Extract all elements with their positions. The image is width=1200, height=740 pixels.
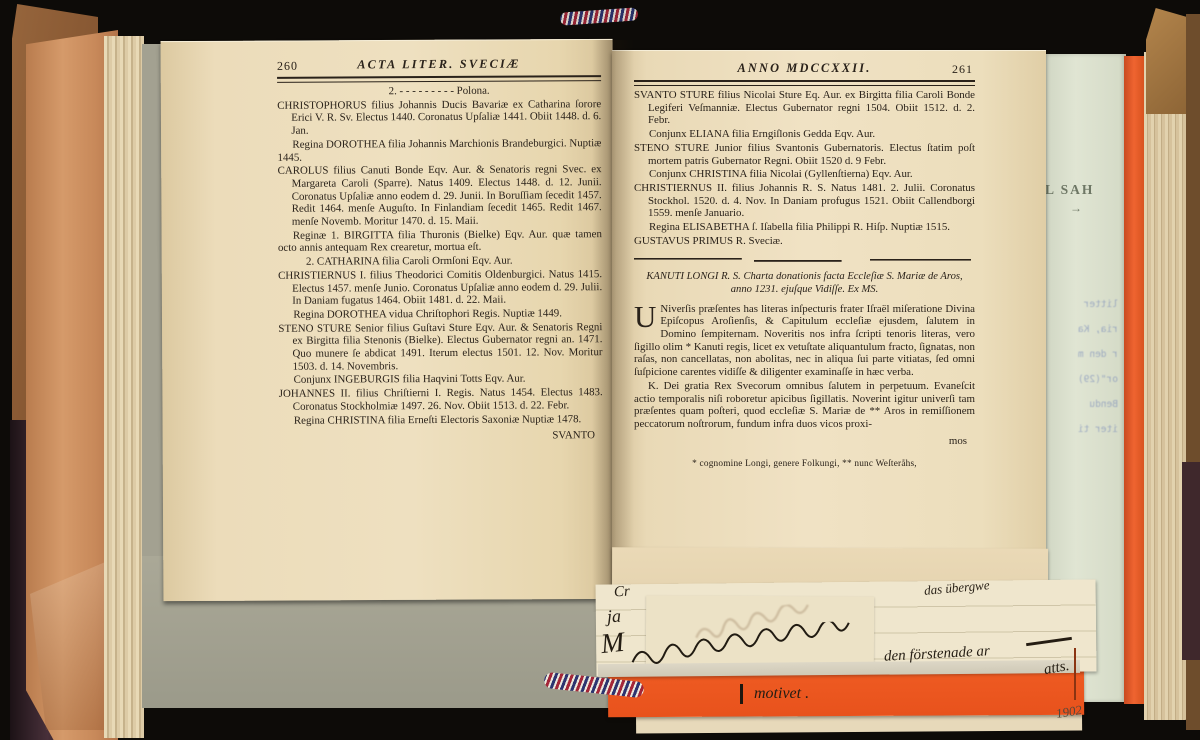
page-number: 260 — [277, 60, 298, 73]
header-rule — [277, 75, 601, 83]
page-number: 261 — [952, 63, 973, 76]
entry: CHRISTOPHORUS filius Johannis Ducis Bava… — [277, 98, 601, 138]
running-title: ACTA LITER. SVECIÆ — [277, 57, 601, 71]
right-page-text-block: ANNO MDCCXXII. 261 SVANTO STURE filius N… — [634, 62, 975, 480]
entry: 2. CATHARINA filia Caroli Ormſoni Eqv. A… — [278, 254, 602, 268]
drop-cap: U — [634, 303, 660, 329]
slip-letter: ja — [606, 606, 621, 628]
entry: JOHANNES II. filius Chriſtierni I. Regis… — [279, 386, 603, 413]
arrow-ornament-icon: → — [1070, 201, 1082, 216]
mirror-line: ria, Ka — [1042, 317, 1126, 342]
entry: Conjunx ELIANA filia Erngiſlonis Gedda E… — [634, 128, 975, 141]
entry: CHRISTIERNUS II. filius Johannis R. S. N… — [634, 182, 975, 220]
slip-letter: M — [599, 627, 626, 661]
spine-headband-top — [560, 7, 639, 25]
section-line: 2. - - - - - - - - - Polona. — [277, 84, 601, 98]
left-page-header: 260 ACTA LITER. SVECIÆ — [277, 57, 601, 76]
section-divider-rule — [634, 257, 971, 262]
catchword: SVANTO — [279, 429, 603, 443]
right-page-header: ANNO MDCCXXII. 261 — [634, 62, 975, 79]
card-printed-label: L SAH — [1045, 182, 1125, 198]
book-photo-stage: L SAH → litter ria, Ka r den m or"(29) B… — [0, 0, 1200, 740]
entry: Regina DOROTHEA vidua Chriſtophori Regis… — [278, 307, 602, 321]
entry: CHRISTIERNUS I. filius Theodorici Comiti… — [278, 268, 602, 308]
mirror-line: Bendu — [1042, 392, 1126, 417]
article-body-2: K. Dei gratia Rex Svecorum omnibus ſalut… — [634, 380, 975, 431]
entry: SVANTO STURE filius Nicolai Sture Eq. Au… — [634, 89, 975, 127]
article-body-text: Niverſis præſentes has literas inſpectur… — [634, 303, 975, 379]
mirror-line: r den m — [1042, 342, 1126, 367]
article-heading: KANUTI LONGI R. S. Charta donationis fac… — [638, 271, 971, 296]
mirror-line: iter ti — [1042, 417, 1126, 442]
article-body-1: UNiverſis præſentes has literas inſpectu… — [634, 303, 975, 379]
slip-letter: Cr — [613, 583, 630, 601]
mirror-line: litter — [1042, 292, 1126, 317]
entry: CAROLUS filius Canuti Bonde Eqv. Aur. & … — [278, 163, 602, 228]
entry: Regina CHRISTINA filia Erneſti Electoris… — [279, 413, 603, 427]
card-mirrored-typescript: litter ria, Ka r den m or"(29) Bendu ite… — [1042, 292, 1126, 442]
entry: Regina ELISABETHA ſ. Iſabella filia Phil… — [634, 221, 975, 234]
entry: Regina DOROTHEA filia Johannis Marchioni… — [277, 137, 601, 164]
motivet-label: motivet . — [740, 684, 809, 704]
catchword: mos — [634, 435, 975, 448]
left-page-text-block: 260 ACTA LITER. SVECIÆ 2. - - - - - - - … — [277, 57, 603, 455]
entry: Conjunx CHRISTINA filia Nicolai (Gyllenſ… — [634, 168, 975, 181]
mirror-line: or"(29) — [1042, 367, 1126, 392]
entry: STENO STURE Senior filius Guſtavi Sture … — [278, 321, 602, 374]
orange-slip-rule — [1074, 648, 1076, 700]
running-title: ANNO MDCCXXII. — [634, 62, 975, 75]
right-cover-dark-patch — [1182, 462, 1200, 660]
left-page-fore-edges — [104, 36, 144, 738]
footnote: * cognomine Longi, genere Folkungi, ** n… — [634, 458, 975, 471]
vertical-bar-mark — [740, 684, 743, 704]
orange-divider-strip — [1124, 56, 1144, 704]
entry: STENO STURE Junior filius Svantonis Gube… — [634, 142, 975, 167]
entry: Reginæ 1. BIRGITTA filia Thuronis (Bielk… — [278, 228, 602, 255]
entry: Conjunx INGEBURGIS filia Haqvini Totts E… — [279, 373, 603, 387]
entry: GUSTAVUS PRIMUS R. Sveciæ. — [634, 235, 975, 248]
motivet-text: motivet . — [754, 685, 809, 703]
